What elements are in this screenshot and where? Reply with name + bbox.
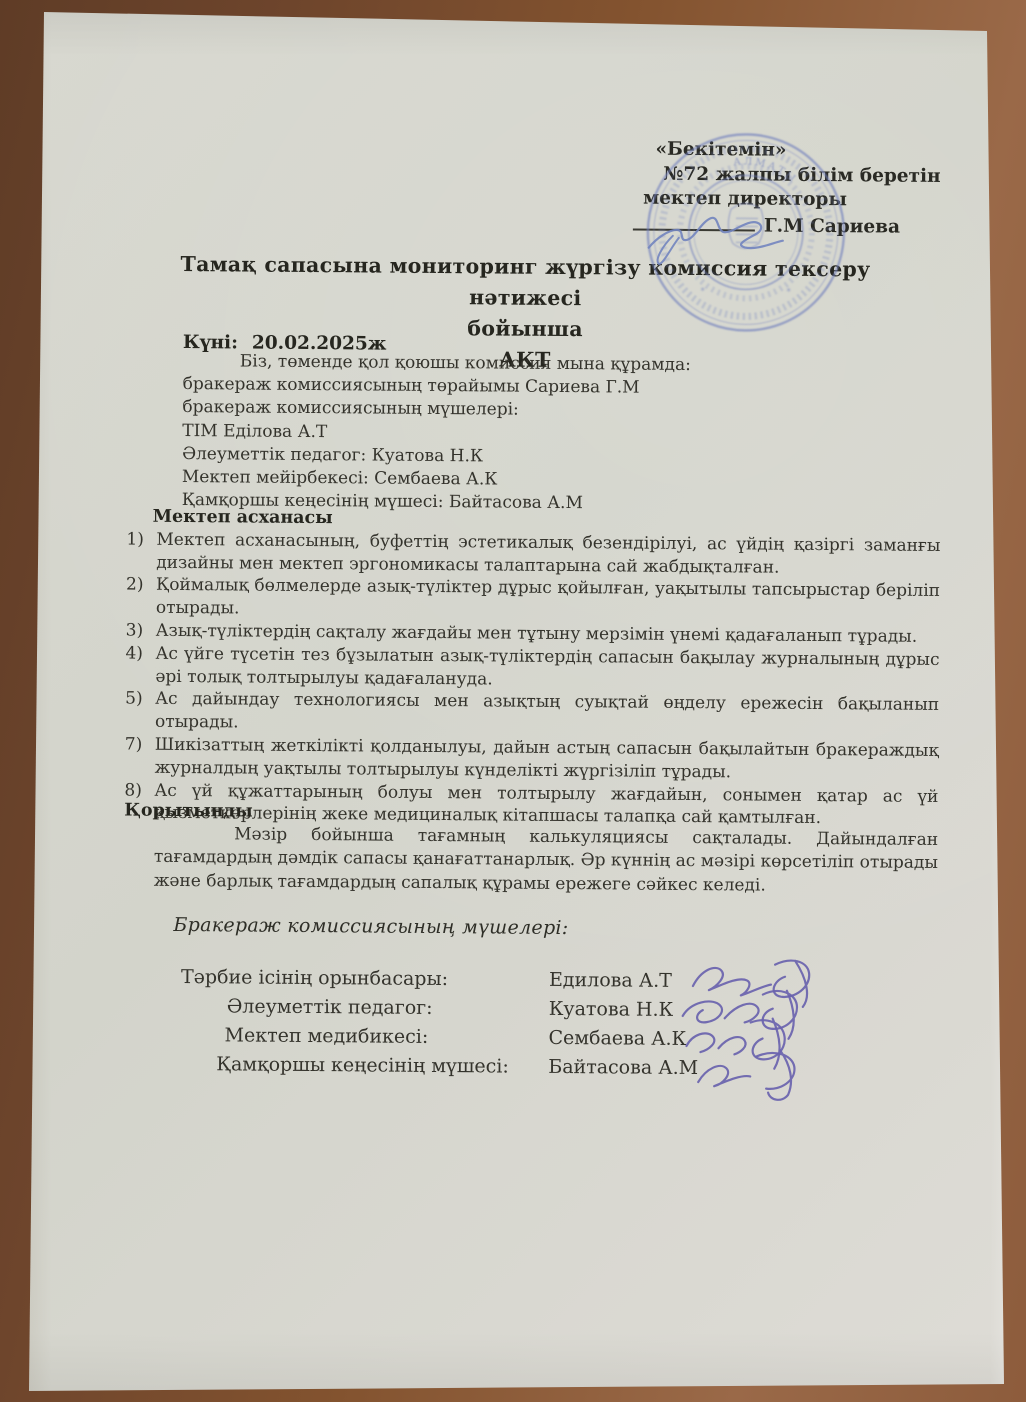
item-text: Ас үйге түсетін тез бұзылатын азық-түлік… <box>155 643 939 695</box>
signatories-block: Тәрбие ісінің орынбасары: Едилова А.Т Әл… <box>122 966 937 1088</box>
title-line-1: Тамақ сапасына мониторинг жүргізу комисс… <box>128 249 922 317</box>
director-name: Г.М Сариева <box>764 215 900 237</box>
signatory-row: Қамқоршы кеңесінің мүшесі: Байтасова А.М <box>122 1053 936 1088</box>
item-text: Мектеп асханасының, буфеттің эстетикалық… <box>156 529 940 581</box>
signature-line <box>633 211 755 231</box>
signatory-role: Мектеп медибикесі: <box>224 1024 428 1048</box>
item-text: Шикізаттың жеткілікті қолданылуы, дайын … <box>155 734 939 786</box>
approval-signature-row: Г.М Сариева <box>633 211 933 240</box>
conclusion-paragraph: Мәзір бойынша тағамның калькуляциясы сақ… <box>154 823 939 899</box>
signatory-role: Әлеуметтік педагог: <box>227 995 433 1019</box>
signatory-role: Қамқоршы кеңесінің мүшесі: <box>216 1053 509 1077</box>
approval-school: №72 жалпы білім беретін <box>633 162 933 189</box>
approval-block: «Бекітемін» №72 жалпы білім беретін мект… <box>633 138 934 240</box>
item-number: 4) <box>125 642 155 688</box>
item-number: 2) <box>126 574 156 620</box>
findings-list: Мектеп асханасы 1)Мектеп асханасының, бу… <box>124 506 940 832</box>
numbered-item: 1)Мектеп асханасының, буфеттің эстетикал… <box>126 528 940 580</box>
approval-word: «Бекітемін» <box>633 138 933 165</box>
numbered-item: 5)Ас дайындау технологиясы мен азықтың с… <box>125 688 939 740</box>
approval-role: мектеп директоры <box>633 187 933 214</box>
numbered-item: 2)Қоймалық бөлмелерде азық-түліктер дұры… <box>126 574 940 626</box>
signatory-role: Тәрбие ісінің орынбасары: <box>181 966 448 990</box>
item-text: Ас дайындау технологиясы мен азықтың суы… <box>155 688 939 740</box>
signatories-heading: Бракераж комиссиясының мүшелері: <box>173 914 568 939</box>
item-number: 1) <box>126 528 156 574</box>
conclusion-block: Қорытынды Мәзір бойынша тағамның калькул… <box>124 800 939 899</box>
signatory-name: Сембаева А.К <box>548 1027 686 1050</box>
document-content: «Бекітемін» №72 жалпы білім беретін мект… <box>0 0 1026 1402</box>
signatory-name: Байтасова А.М <box>548 1056 698 1079</box>
signatory-name: Куатова Н.К <box>549 998 674 1021</box>
commission-block: Біз, төменде қол қоюшы комиссия мына құр… <box>182 350 903 518</box>
item-number: 5) <box>125 688 155 734</box>
document-photo: «Бекітемін» №72 жалпы білім беретін мект… <box>0 0 1026 1402</box>
item-number: 3) <box>126 620 156 643</box>
numbered-item: 7)Шикізаттың жеткілікті қолданылуы, дайы… <box>125 734 939 786</box>
signatory-name: Едилова А.Т <box>549 969 672 992</box>
numbered-item: 4)Ас үйге түсетін тез бұзылатын азық-түл… <box>125 642 939 694</box>
item-number: 7) <box>125 734 155 780</box>
item-text: Қоймалық бөлмелерде азық-түліктер дұрыс … <box>156 574 940 626</box>
